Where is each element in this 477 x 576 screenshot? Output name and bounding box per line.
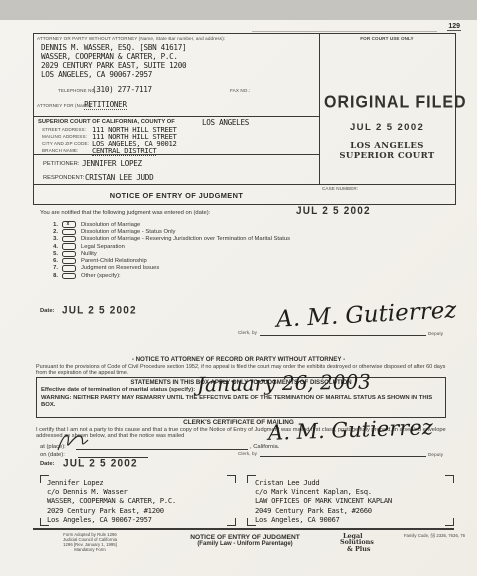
- judgment-item: 1. x Dissolution of Marriage: [46, 221, 290, 228]
- family-code-reference: Family Code, §§ 2336, 7636, 76: [385, 533, 465, 538]
- address-line: LAW OFFICES OF MARK VINCENT KAPLAN: [255, 496, 392, 505]
- attorney-firm: WASSER, COOPERMAN & CARTER, P.C.: [41, 52, 178, 61]
- form-info-line: Mandatory Form: [36, 547, 144, 552]
- bracket: [445, 475, 454, 483]
- checkbox-mark: x: [67, 221, 70, 227]
- court-name-value: LOS ANGELES: [202, 118, 249, 127]
- judgment-item: 3. Dissolution of Marriage - Reserving J…: [46, 236, 290, 243]
- row-divider-3: [34, 184, 455, 185]
- legal-solutions-logo: Legal Solutions & Plus: [340, 533, 374, 552]
- mailing-deputy-label: Deputy: [428, 452, 443, 457]
- date-stamp: JUL 2 5 2002: [62, 304, 137, 316]
- logo-line: & Plus: [347, 546, 374, 552]
- judgment-item-label: Judgment on Reserved Issues: [81, 265, 159, 271]
- row-divider-2: [34, 154, 319, 155]
- judgment-item-checkbox[interactable]: [62, 258, 76, 264]
- date-label: Date:: [40, 308, 55, 314]
- effective-date-handwritten: January 26, 2003: [197, 369, 371, 396]
- address-line: WASSER, COOPERMAN & CARTER, P.C.: [47, 496, 176, 505]
- judgment-item-label: Dissolution of Marriage - Status Only: [81, 229, 175, 235]
- address-line: Los Angeles, CA 90067-2957: [47, 515, 176, 524]
- judgment-item: 5. Nullity: [46, 250, 290, 257]
- judgment-item-label: Dissolution of Marriage: [81, 222, 140, 228]
- judgment-item-checkbox[interactable]: [62, 229, 76, 235]
- attorney-name: DENNIS M. WASSER, ESQ. [SBN 41617]: [41, 43, 186, 52]
- mailing-date-stamp: JUL 2 5 2002: [63, 457, 138, 469]
- address-line: c/o Dennis M. Wasser: [47, 487, 176, 496]
- judgment-item: 6. Parent-Child Relationship: [46, 257, 290, 264]
- address-line: Los Angeles, CA 90067: [255, 515, 392, 524]
- filed-stamp-date: JUL 2 5 2002: [350, 122, 424, 133]
- judgment-item-label: Parent-Child Relationship: [81, 258, 147, 264]
- court-mailing-label: MAILING ADDRESS:: [42, 134, 87, 139]
- judgment-item-label: Dissolution of Marriage - Reserving Juri…: [81, 236, 290, 242]
- petitioner-mailing-address: Jennifer Lopez c/o Dennis M. Wasser WASS…: [47, 478, 176, 524]
- judgment-item: 4. Legal Separation: [46, 243, 290, 250]
- footer-rule: [33, 528, 454, 530]
- document-page: 129 ATTORNEY OR PARTY WITHOUT ATTORNEY (…: [0, 20, 477, 576]
- judgment-item-number: 5.: [46, 251, 58, 257]
- attorney-city: LOS ANGELES, CA 90067-2957: [41, 70, 152, 79]
- dissolution-statements-box: STATEMENTS IN THIS BOX APPLY ONLY TO JUD…: [36, 377, 446, 418]
- petitioner-value: JENNIFER LOPEZ: [82, 159, 142, 168]
- form-adoption-info: Form Adopted by Rule 1296 Judicial Counc…: [36, 532, 144, 552]
- judgment-item-checkbox[interactable]: [62, 243, 76, 249]
- clerk-by-label: Clerk, by: [238, 330, 257, 335]
- judgment-item: 7. Judgment on Reserved Issues: [46, 265, 290, 272]
- judgment-item: 2. Dissolution of Marriage - Status Only: [46, 228, 290, 235]
- court-city-label: CITY AND ZIP CODE:: [42, 141, 89, 146]
- fax-label: FAX NO.:: [230, 88, 250, 93]
- judgment-item-checkbox[interactable]: [62, 265, 76, 271]
- respondent-value: CRISTAN LEE JUDD: [85, 173, 153, 182]
- for-court-use-label: FOR COURT USE ONLY: [319, 36, 455, 41]
- bracket: [227, 518, 236, 526]
- footer-subtitle: (Family Law - Uniform Parentage): [150, 541, 340, 547]
- telephone-value: (310) 277-7117: [92, 85, 152, 94]
- court-branch-label: BRANCH NAME:: [42, 148, 78, 153]
- judgment-item-number: 3.: [46, 236, 58, 242]
- petitioner-label: PETITIONER:: [43, 161, 79, 167]
- address-line: 2029 Century Park East, #1200: [47, 506, 176, 515]
- judgment-item-checkbox[interactable]: [62, 236, 76, 242]
- bracket: [227, 475, 236, 483]
- bracket: [445, 518, 454, 526]
- attorney-box-label: ATTORNEY OR PARTY WITHOUT ATTORNEY (Name…: [37, 36, 225, 41]
- judgment-item-number: 6.: [46, 258, 58, 264]
- address-line: 2049 Century Park East, #2660: [255, 506, 392, 515]
- judgment-intro: You are notified that the following judg…: [40, 210, 210, 216]
- judgment-item-number: 8.: [46, 273, 58, 279]
- attorney-street: 2029 CENTURY PARK EAST, SUITE 1200: [41, 61, 186, 70]
- respondent-label: RESPONDENT:: [43, 175, 84, 181]
- address-line: Cristan Lee Judd: [255, 478, 392, 487]
- attorney-notice-title: - NOTICE TO ATTORNEY OF RECORD OR PARTY …: [0, 356, 477, 363]
- judgment-item-number: 7.: [46, 265, 58, 271]
- respondent-mailing-address: Cristan Lee Judd c/o Mark Vincent Kaplan…: [255, 478, 392, 524]
- attorney-for-value: PETITIONER: [84, 100, 127, 110]
- judgment-item-label: Legal Separation: [81, 244, 125, 250]
- footer-title: NOTICE OF ENTRY OF JUDGMENT: [150, 534, 340, 541]
- scan-artifact-line: [252, 31, 437, 32]
- on-date-label: on (date):: [40, 452, 65, 458]
- page-number: 129: [447, 23, 461, 31]
- filed-stamp-court-1: LOS ANGELES: [319, 141, 455, 151]
- case-number-label: CASE NUMBER:: [322, 186, 358, 191]
- mailing-date-label: Date:: [40, 461, 55, 467]
- mailing-clerk-by-label: Clerk, by: [238, 451, 257, 456]
- judgment-item-checkbox[interactable]: [62, 273, 76, 279]
- original-filed-stamp: ORIGINAL FILED: [324, 93, 467, 112]
- judgment-item-number: 4.: [46, 244, 58, 250]
- document-title: NOTICE OF ENTRY OF JUDGMENT: [34, 191, 319, 200]
- deputy-label: Deputy: [428, 331, 443, 336]
- address-line: Jennifer Lopez: [47, 478, 176, 487]
- entered-date-stamp: JUL 2 5 2002: [296, 205, 371, 217]
- clerk-signature-line: [260, 328, 426, 336]
- judgment-item-number: 1.: [46, 222, 58, 228]
- row-divider-1: [34, 116, 319, 117]
- judgment-item: 8. Other (specify):: [46, 272, 290, 279]
- address-line: c/o Mark Vincent Kaplan, Esq.: [255, 487, 392, 496]
- judgment-item-label: Nullity: [81, 251, 97, 257]
- judgment-type-list: 1. x Dissolution of Marriage 2. Dissolut…: [46, 221, 290, 279]
- remarry-warning: WARNING: NEITHER PARTY MAY REMARRY UNTIL…: [41, 395, 439, 408]
- effective-date-label: Effective date of termination of marital…: [41, 387, 195, 394]
- column-divider: [319, 34, 320, 184]
- filed-stamp-court-2: SUPERIOR COURT: [319, 151, 455, 161]
- court-street-label: STREET ADDRESS:: [42, 127, 86, 132]
- form-header-box: ATTORNEY OR PARTY WITHOUT ATTORNEY (Name…: [33, 33, 456, 205]
- mailing-clerk-signature: A. M. Gutierrez: [268, 415, 434, 445]
- judgment-item-checkbox[interactable]: [62, 251, 76, 257]
- mailing-clerk-signature-line: [260, 449, 426, 457]
- judgment-item-label: Other (specify):: [81, 273, 121, 279]
- judgment-item-checkbox[interactable]: x: [62, 221, 76, 227]
- court-branch-value: CENTRAL DISTRICT: [92, 146, 156, 156]
- scanned-court-document: { "page_number": "129", "colors": { "pap…: [0, 0, 477, 576]
- judgment-item-number: 2.: [46, 229, 58, 235]
